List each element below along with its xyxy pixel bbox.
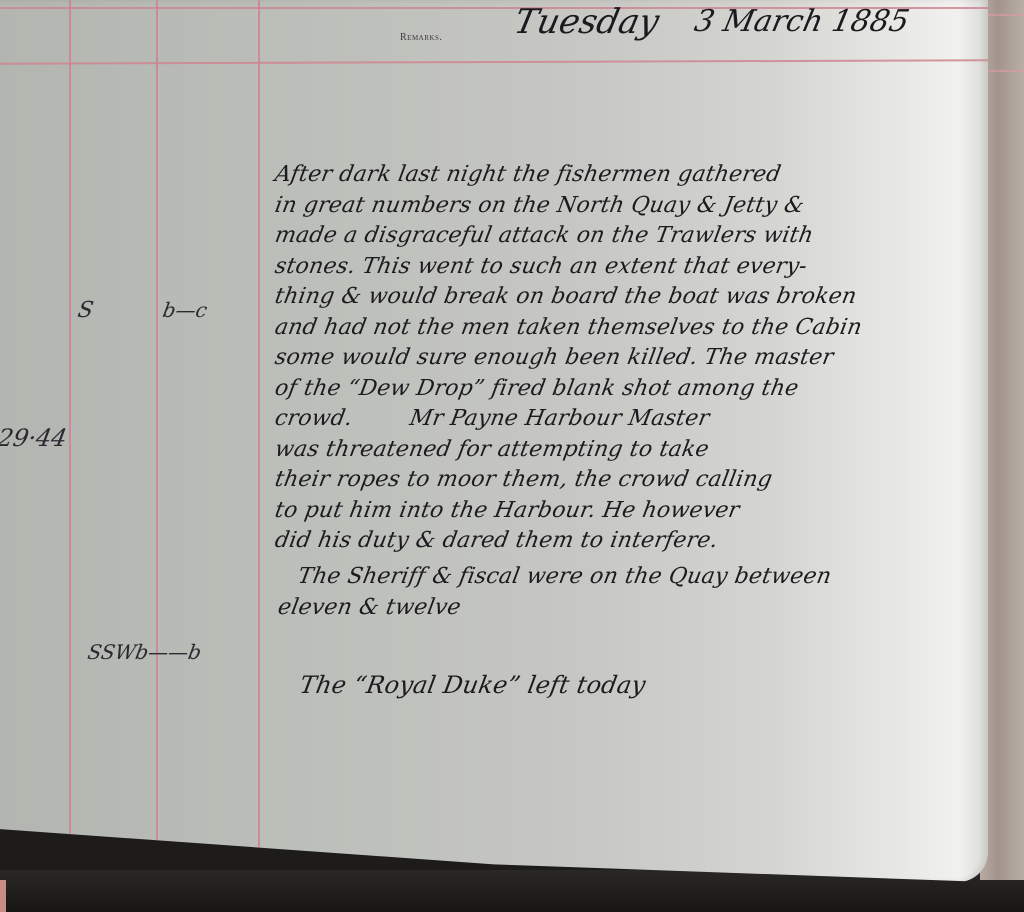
remarks-paragraph-1: After dark last night the fishermen gath… [275,160,990,557]
column-rule-2 [156,0,158,875]
remarks-line: of the “Dew Drop” fired blank shot among… [272,374,992,405]
column-rule-3 [258,0,260,880]
margin-note-wind-weather: SSWb——b [86,640,203,664]
date-day: Tuesday [511,2,663,42]
ledger-page: Remarks. Tuesday 3 March 1885 S b—c 29·4… [0,0,988,882]
column-rule-1 [69,0,71,870]
remarks-line: stones. This went to such an extent that… [272,252,992,283]
margin-note-wind: S [76,298,95,323]
corner-object [0,880,6,912]
remarks-line: The Sheriff & fiscal were on the Quay be… [275,562,833,593]
remarks-line: After dark last night the fishermen gath… [272,160,992,191]
remarks-line: their ropes to moor them, the crowd call… [272,465,992,496]
remarks-paragraph-2: The Sheriff & fiscal were on the Quay be… [278,562,831,623]
remarks-line: made a disgraceful attack on the Trawler… [272,221,992,252]
remarks-line: and had not the men taken themselves to … [272,313,992,344]
remarks-line: did his duty & dared them to interfere. [272,526,992,557]
photo-scene: Remarks. Tuesday 3 March 1885 S b—c 29·4… [0,0,1024,912]
remarks-line: some would sure enough been killed. The … [272,343,992,374]
remarks-line: crowd. Mr Payne Harbour Master [272,404,992,435]
header-bottom-rule [0,59,988,64]
margin-note-barometer: 29·44 [0,424,69,452]
date-rest: 3 March 1885 [691,4,912,39]
margin-note-weather: b—c [161,298,209,322]
remarks-line: in great numbers on the North Quay & Jet… [272,191,992,222]
remarks-line: to put him into the Harbour. He however [272,496,992,527]
remarks-printed-label: Remarks. [400,32,442,43]
remarks-line: The “Royal Duke” left today [297,670,648,701]
remarks-paragraph-3: The “Royal Duke” left today [300,670,645,701]
remarks-line: thing & would break on board the boat wa… [272,282,992,313]
remarks-line: eleven & twelve [275,593,833,624]
remarks-line: was threatened for attempting to take [272,435,992,466]
